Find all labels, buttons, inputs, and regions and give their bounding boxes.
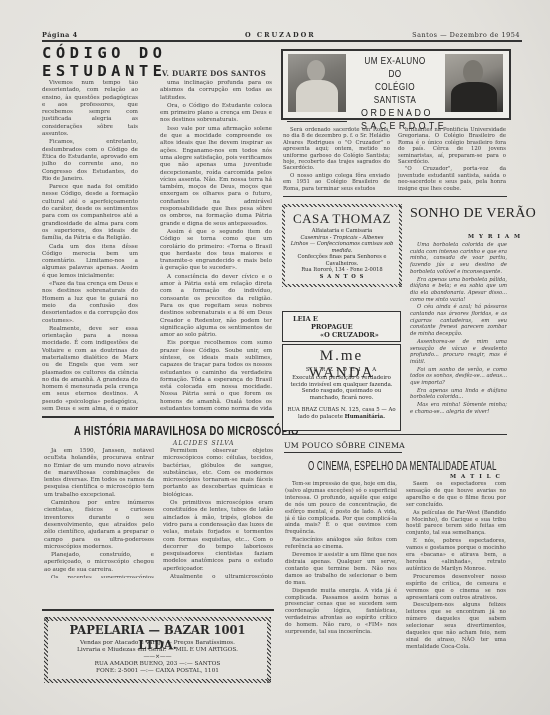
portrait-head bbox=[463, 60, 483, 84]
ad-border-hatch bbox=[267, 617, 271, 683]
ad-border-hatch bbox=[282, 204, 285, 287]
header-rule bbox=[42, 40, 522, 42]
photo-student-uniform bbox=[288, 54, 346, 112]
microscopio-column-1: Já em 1590, Janssen, notável ocuEsta hol… bbox=[44, 448, 154, 578]
microscopio-byline: ALCIDES SILVA bbox=[173, 440, 235, 447]
wanda-ad: M.me WANDA S E R Z I D E I R A Executa c… bbox=[282, 344, 401, 431]
cinema-column-1: Tem-se impressão de que, hoje em dia, (s… bbox=[285, 481, 397, 661]
wanda-subtitle: S E R Z I D E I R A bbox=[285, 367, 398, 373]
exaluno-column-2: brilhantes na Pontifícia Universidade Gr… bbox=[398, 127, 506, 193]
exaluno-box: UM EX-ALUNO DO COLÉGIO SANTISTA ORDENADO… bbox=[281, 49, 511, 120]
ad-border-hatch bbox=[44, 679, 271, 683]
box-underline bbox=[287, 121, 347, 122]
ad-border-hatch bbox=[282, 204, 402, 207]
cinema-column-2: Saem os espectadores com sensação de que… bbox=[406, 481, 506, 661]
newspaper-page: Página 4 O CRUZADOR Santos — Dezembro de… bbox=[0, 0, 550, 715]
papelaria-details: Vendas por Atacado e Varejo — Preços Bar… bbox=[50, 640, 265, 675]
cinema-section-label: UM POUCO SÔBRE CINEMA bbox=[284, 441, 405, 450]
section-underline bbox=[284, 452, 402, 453]
cinema-title: O CINEMA, ESPELHO DA MENTALIDADE ATUAL bbox=[308, 458, 497, 473]
wanda-text: Executa com perfeição o verdadeiro tecid… bbox=[287, 375, 396, 401]
microscopio-column-2: Permitem observar objetos microscópicos … bbox=[163, 448, 273, 578]
codigo-byline: V. DUARTE DOS SANTOS bbox=[162, 69, 266, 78]
sonho-byline: M Y R I A M bbox=[468, 234, 522, 240]
newspaper-name: O CRUZADOR bbox=[245, 31, 316, 39]
dateline: Santos — Dezembro de 1954 bbox=[412, 31, 520, 39]
leia-line-1: LEIA E bbox=[293, 315, 318, 323]
ad-border-hatch bbox=[44, 617, 271, 621]
section-divider bbox=[282, 434, 507, 435]
papelaria-ad: PAPELARIA — BAZAR 1001 LTDA. Vendas por … bbox=[44, 617, 271, 683]
photo-priest-cassock bbox=[445, 54, 503, 112]
casa-thomaz-ad: CASA THOMAZ Alfaiataria e Camisaria Case… bbox=[282, 204, 402, 287]
casa-thomaz-name: CASA THOMAZ bbox=[286, 211, 398, 227]
ad-border-hatch bbox=[399, 204, 402, 287]
casa-thomaz-details: Alfaiataria e Camisaria Casemiras - Trop… bbox=[288, 228, 396, 280]
sonho-title: SONHO DE VERÃO bbox=[410, 206, 536, 222]
codigo-column-1: Vivemos num tempo tão desorientado, com … bbox=[42, 80, 138, 412]
portrait-cassock bbox=[451, 82, 497, 112]
microscopio-title: A HISTÓRIA MARAVILHOSA DO MICROSCÓPIO bbox=[74, 423, 299, 438]
page-number: Página 4 bbox=[42, 31, 78, 39]
section-divider bbox=[283, 196, 507, 197]
sonho-column: Uma borboleta colorida de que cuida com … bbox=[410, 242, 507, 426]
wanda-address: RUA BRAZ CUBAS N. 125, casa 5 — Ao lado … bbox=[287, 407, 396, 420]
exaluno-headline: UM EX-ALUNO DO COLÉGIO SANTISTA ORDENADO… bbox=[355, 55, 435, 133]
ad-border-hatch bbox=[44, 617, 48, 683]
section-divider bbox=[42, 416, 274, 418]
leia-line-2: PROPAGUE bbox=[311, 323, 353, 331]
section-divider bbox=[42, 609, 274, 611]
codigo-column-2: uma inclinação profunda para os abismos … bbox=[160, 80, 272, 412]
ad-border-hatch bbox=[282, 284, 402, 287]
leia-propague-ad: LEIA E PROPAGUE «O CRUZADOR» bbox=[282, 311, 401, 342]
portrait-head bbox=[307, 60, 325, 82]
portrait-uniform bbox=[296, 80, 338, 112]
exaluno-column-1: Será ordenado sacerdote em Roma, no dia … bbox=[283, 127, 390, 193]
leia-line-3: «O CRUZADOR» bbox=[320, 331, 379, 339]
cinema-byline: M A T I L C bbox=[450, 474, 501, 480]
